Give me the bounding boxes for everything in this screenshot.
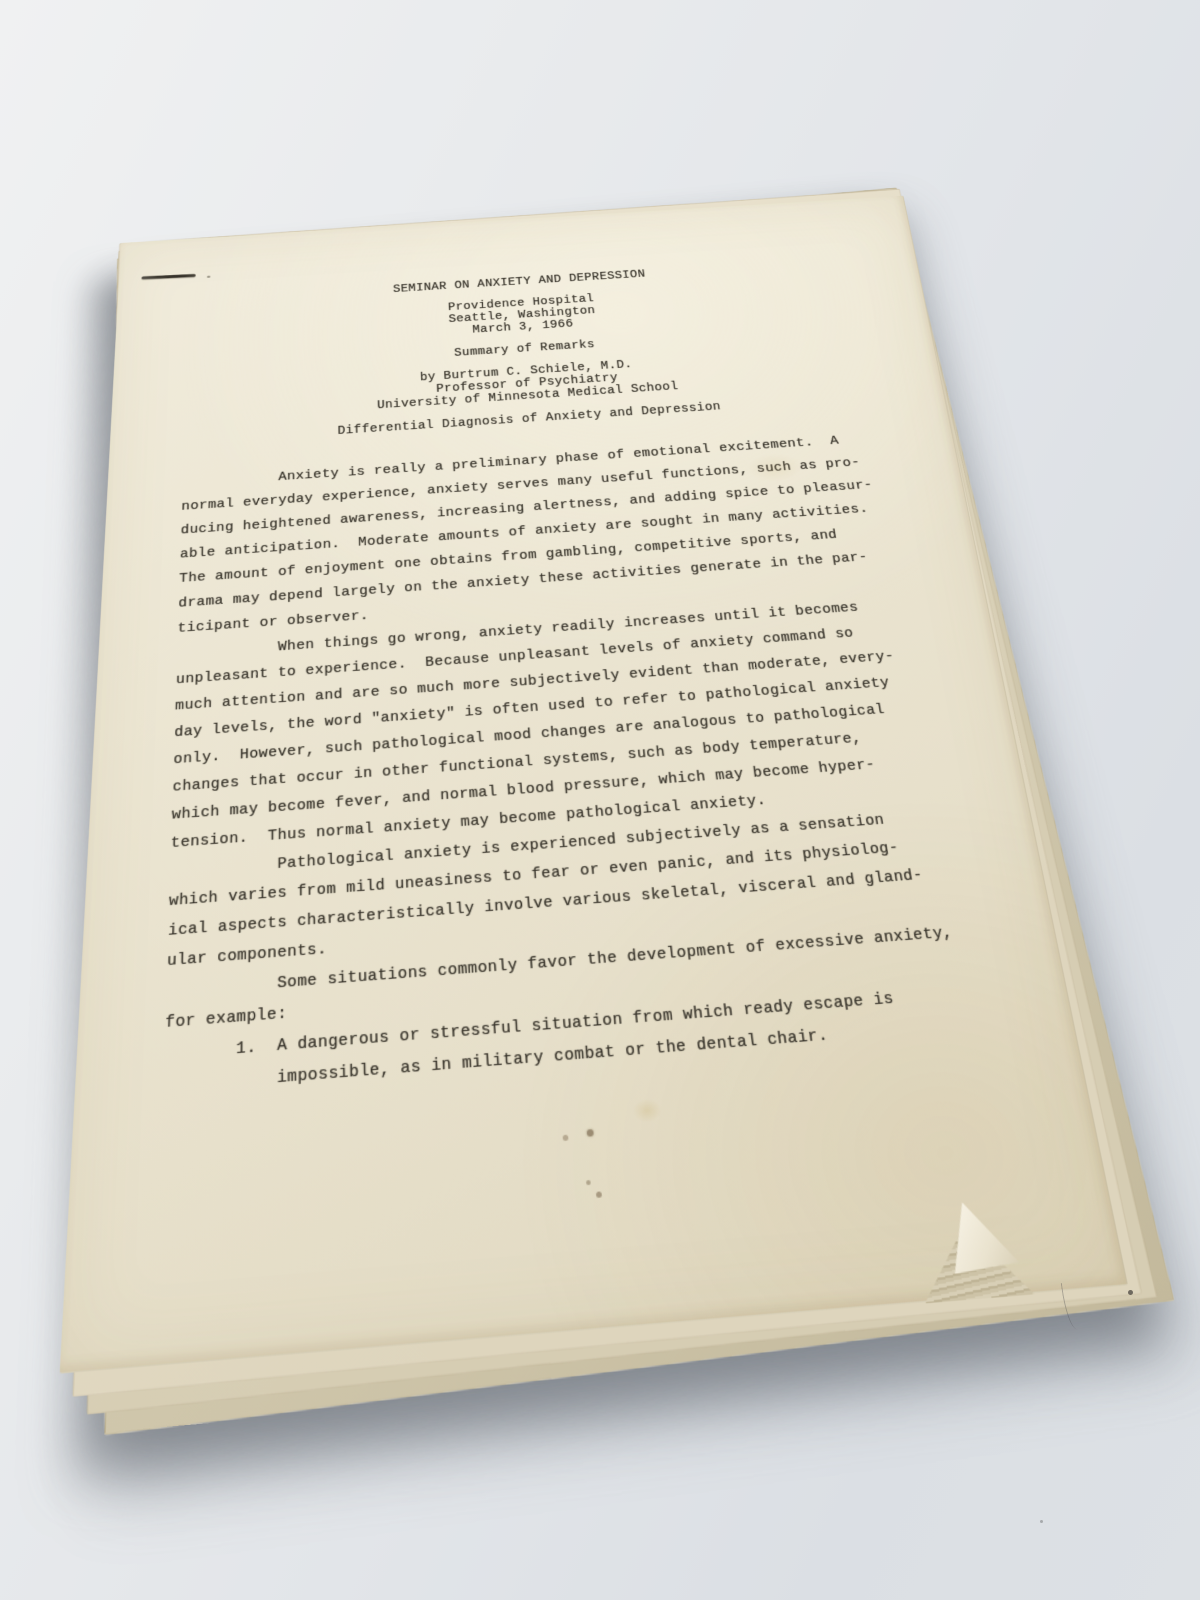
- background-speck: [1040, 1520, 1043, 1523]
- document-header: SEMINAR ON ANXIETY AND DEPRESSION Provid…: [109, 252, 944, 453]
- paper-stack: SEMINAR ON ANXIETY AND DEPRESSION Provid…: [60, 196, 1128, 1374]
- paper-speck: [563, 1135, 569, 1141]
- staple-mark: [207, 276, 211, 278]
- document-body: Anxiety is really a preliminary phase of…: [163, 425, 1034, 1104]
- background-speck: [1128, 1290, 1133, 1295]
- paper-speck: [587, 1129, 594, 1137]
- photo-background: SEMINAR ON ANXIETY AND DEPRESSION Provid…: [0, 0, 1200, 1600]
- document-page: SEMINAR ON ANXIETY AND DEPRESSION Provid…: [60, 196, 1128, 1374]
- paper-speck: [586, 1180, 591, 1185]
- staple: [141, 274, 195, 280]
- folded-corner: [913, 1219, 1035, 1304]
- paper-stain: [632, 1098, 663, 1124]
- folded-corner-flap: [953, 1201, 1019, 1279]
- paper-speck: [596, 1191, 602, 1198]
